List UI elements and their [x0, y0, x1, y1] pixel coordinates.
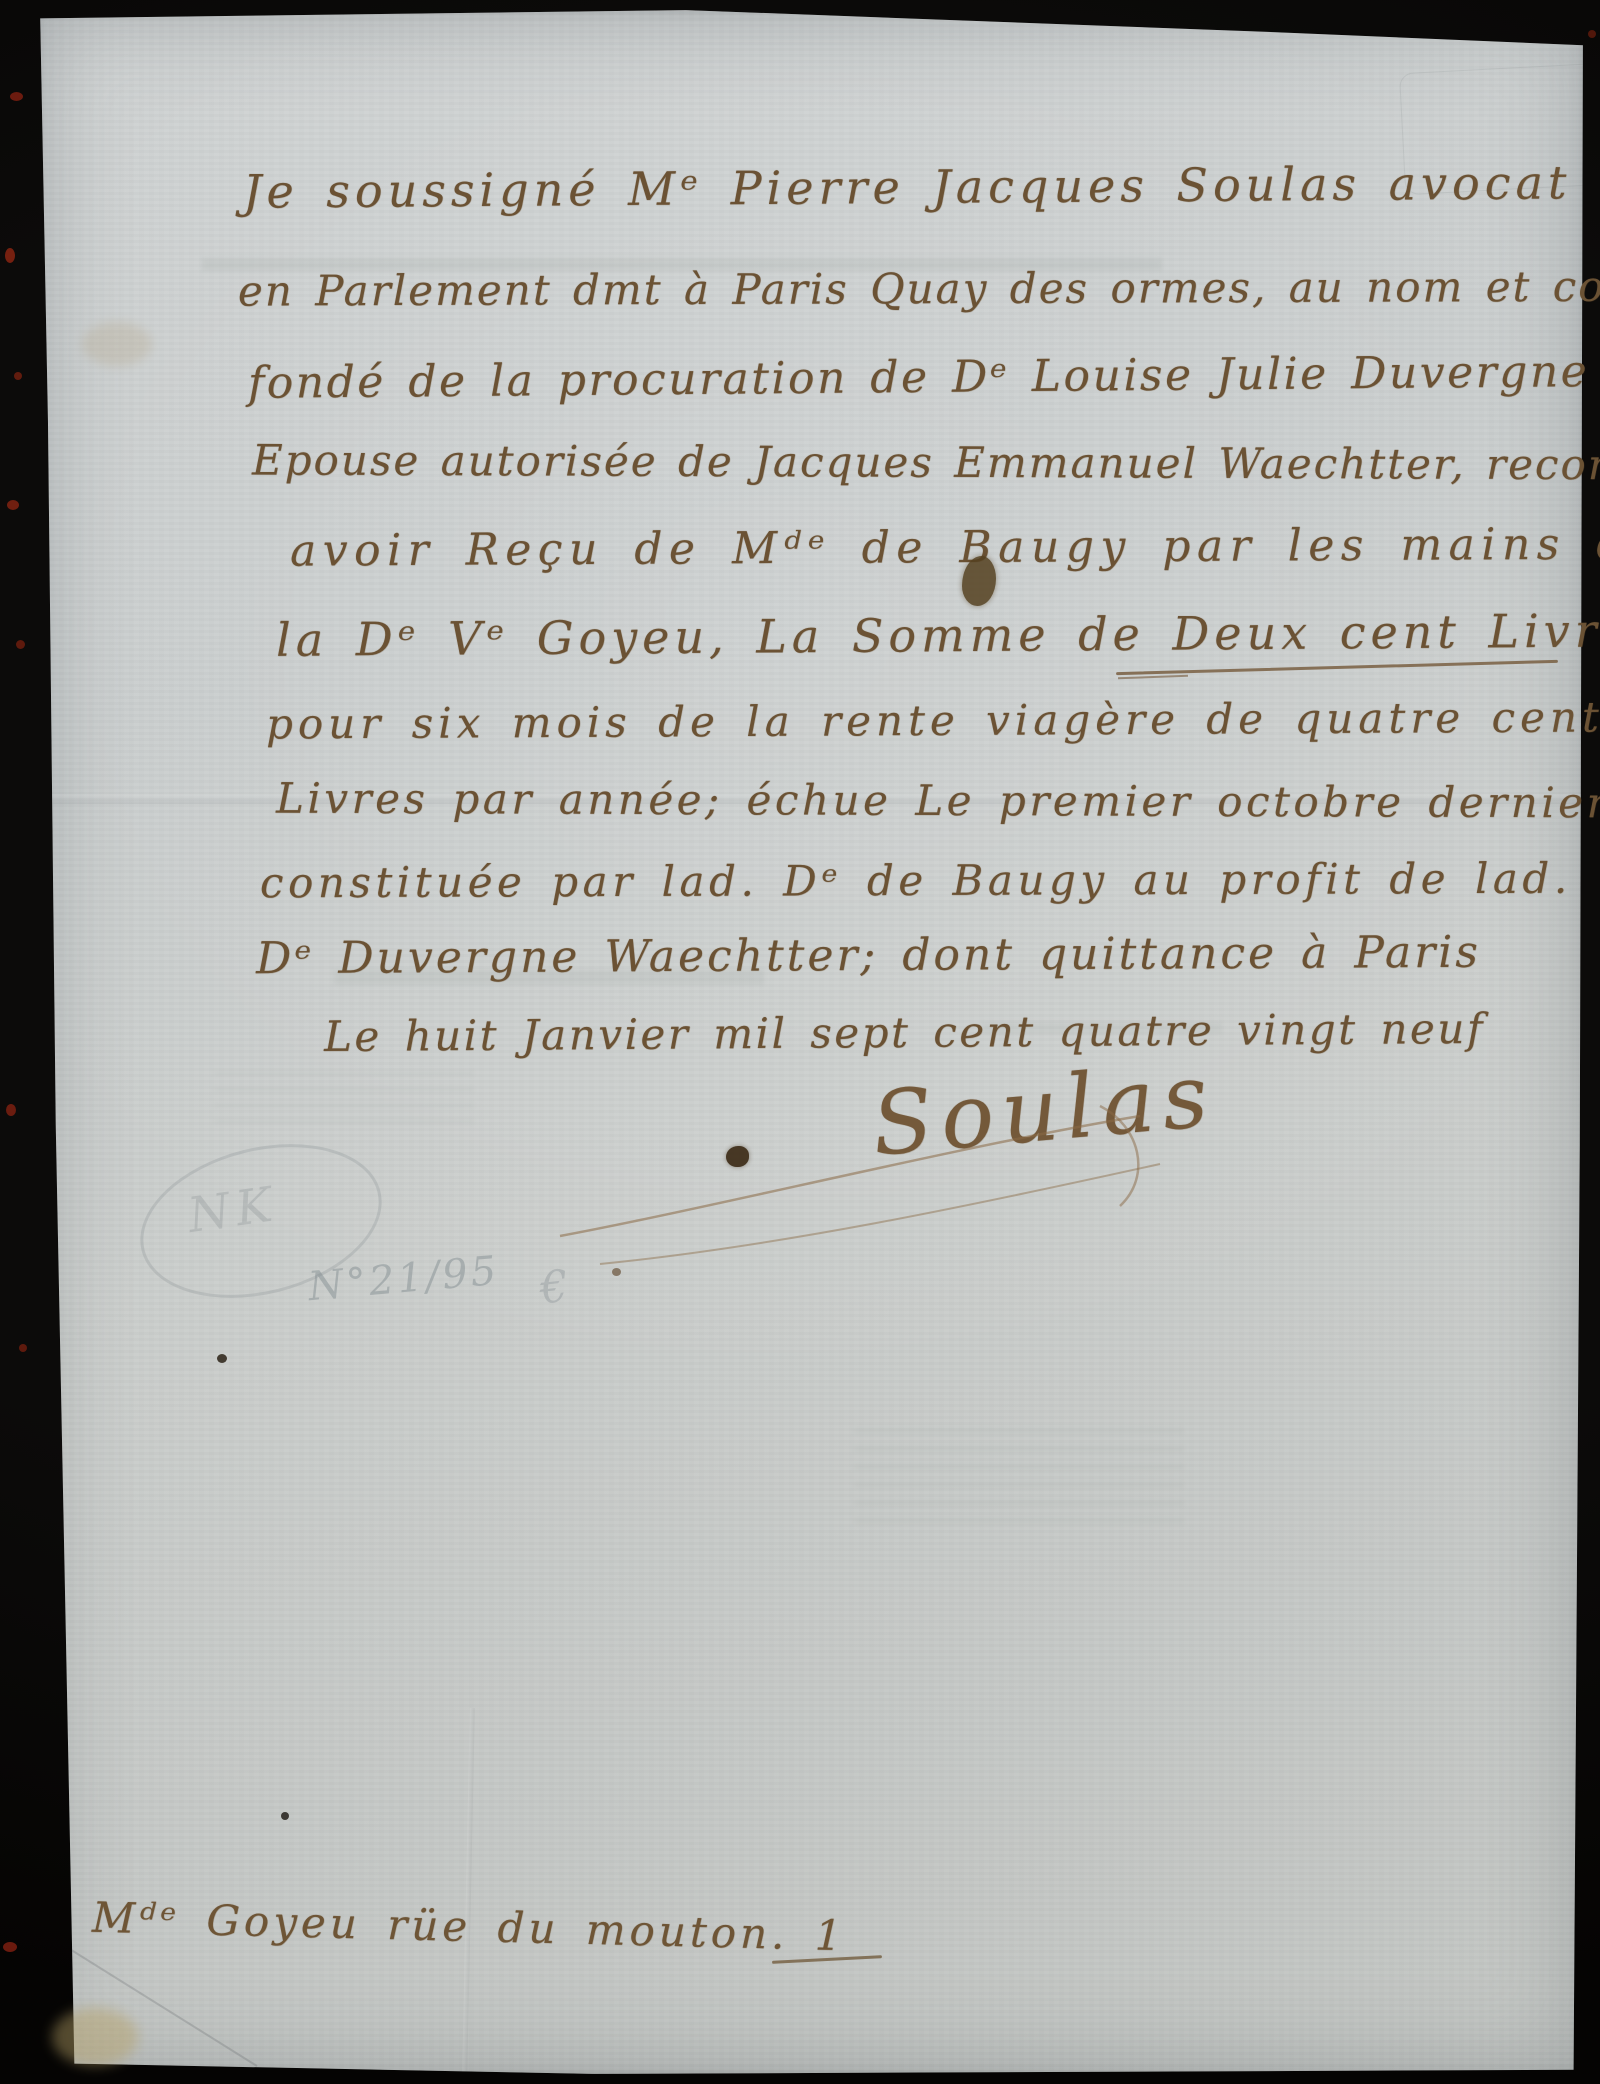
- red-speck: [16, 640, 25, 649]
- manuscript-line-7: pour six mois de la rente viagère de qua…: [266, 692, 1600, 748]
- red-speck: [19, 1344, 27, 1352]
- red-speck: [1588, 30, 1596, 38]
- red-speck: [3, 1942, 17, 1952]
- red-speck: [5, 248, 15, 263]
- manuscript-line-1: Je soussigné Mᵉ Pierre Jacques Soulas av…: [243, 155, 1572, 218]
- red-speck: [10, 92, 23, 101]
- manuscript-line-2: en Parlement dmt à Paris Quay des ormes,…: [238, 261, 1600, 315]
- signature-flourish: [540, 1086, 1180, 1276]
- pencil-curl-mark: €: [537, 1261, 570, 1315]
- manuscript-line-6: la Dᵉ Vᵉ Goyeu, La Somme de Deux cent Li…: [276, 603, 1600, 667]
- manuscript-line-11: Le huit Janvier mil sept cent quatre vin…: [324, 1004, 1485, 1061]
- manuscript-line-4: Epouse autorisée de Jacques Emmanuel Wae…: [252, 435, 1600, 489]
- manuscript-line-5: avoir Reçu de Mᵈᵉ de Baugy par les mains…: [290, 518, 1600, 576]
- red-speck: [6, 1104, 16, 1116]
- bleedthrough-text: [214, 1064, 474, 1124]
- bleedthrough-text: [854, 1428, 1184, 1524]
- vertical-fold-crease: [462, 1708, 475, 2076]
- manuscript-line-9: constituée par lad. Dᵉ de Baugy au profi…: [260, 854, 1572, 908]
- manuscript-line-8: Livres par année; échue Le premier octob…: [276, 774, 1600, 828]
- manuscript-line-10: Dᵉ Duvergne Waechtter; dont quittance à …: [256, 927, 1481, 984]
- red-speck: [14, 372, 22, 380]
- corner-crease: [53, 1938, 258, 2067]
- red-speck: [7, 500, 19, 510]
